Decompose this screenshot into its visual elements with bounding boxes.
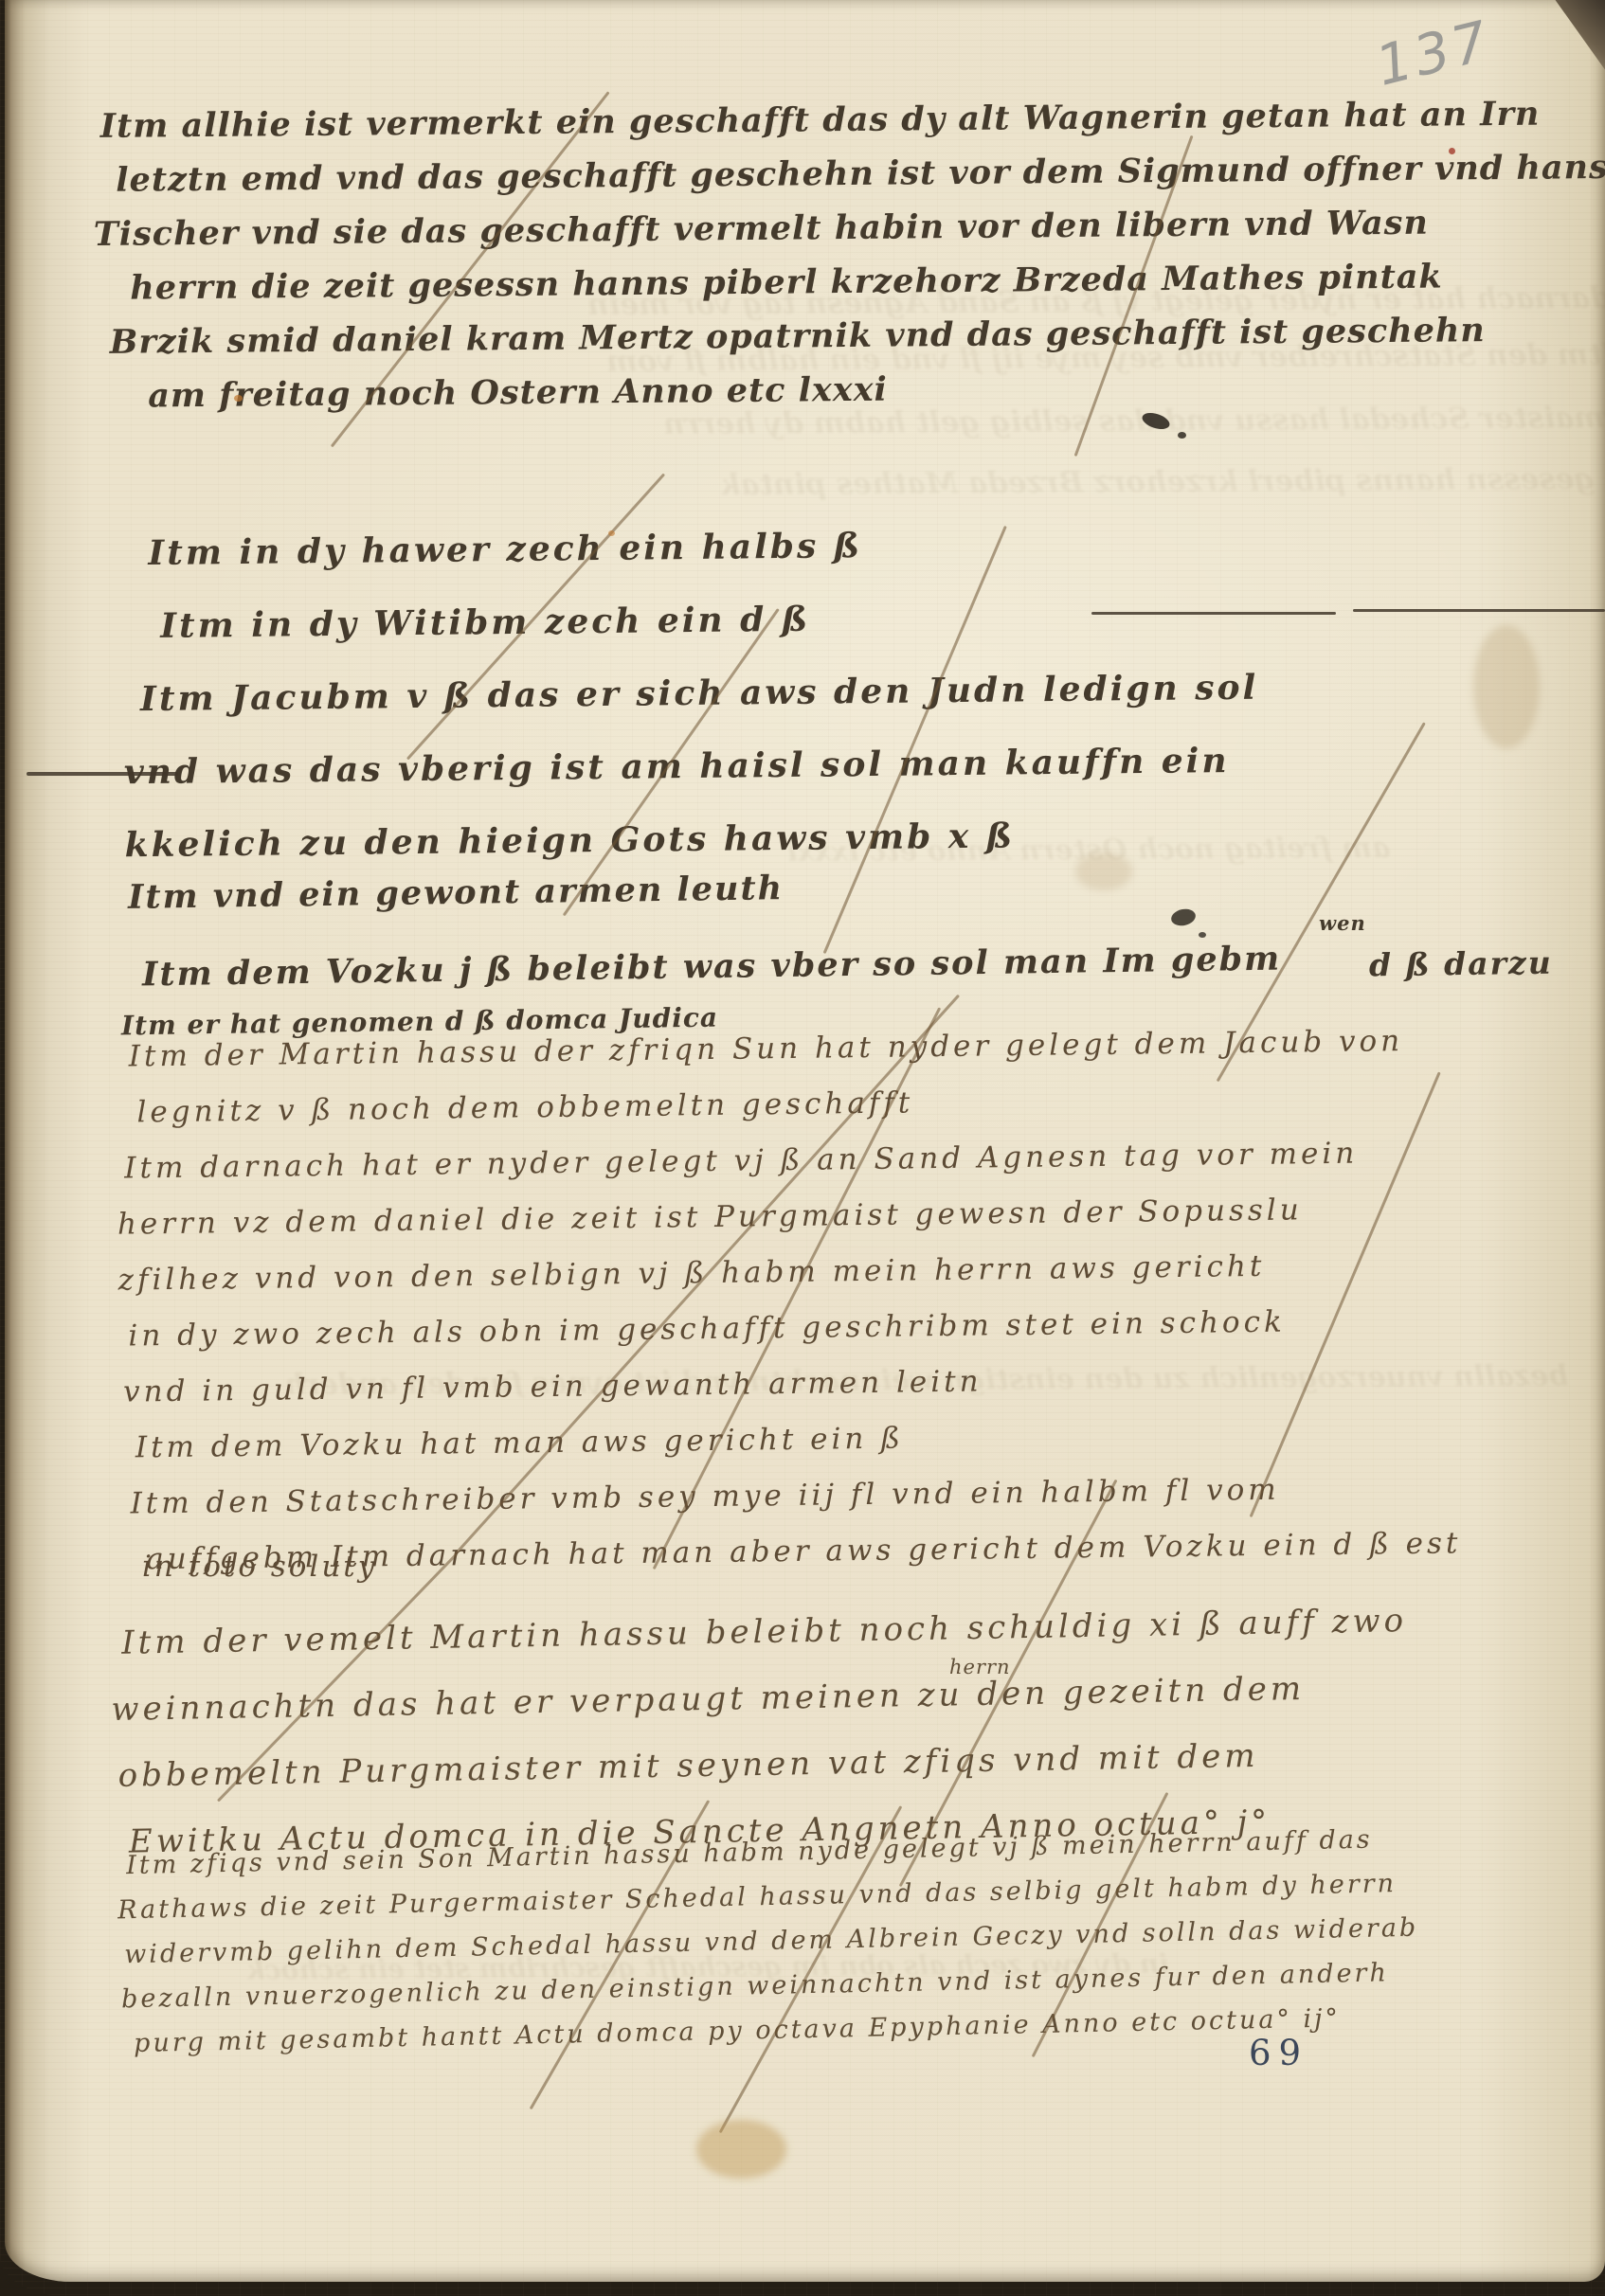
manuscript-line: in toto soluty: [142, 1550, 377, 1584]
manuscript-line: Itm in dy hawer zech ein halbs ß: [148, 506, 1257, 590]
orange-fleck: [234, 395, 243, 402]
entry-rathaws-loan: Itm zfiqs vnd sein Son Martin hassu habm…: [117, 1817, 1421, 2067]
paper-stain: [696, 2120, 786, 2179]
manuscript-line: Itm in dy Witibm zech ein d ß: [160, 579, 1258, 663]
amount-note: d ß darzu: [1369, 944, 1553, 984]
manuscript-scan: Itm darnach hat er nyder gelegt vj ß an …: [0, 0, 1605, 2296]
ink-rule: [1091, 612, 1336, 615]
red-fleck: [1449, 148, 1455, 154]
orange-fleck: [608, 530, 615, 536]
bleedthrough-text: herrn die zeit gesessn hanns piberl krze…: [720, 460, 1605, 502]
ink-blot: [1178, 432, 1186, 439]
ink-rule: [1353, 609, 1605, 612]
margin-dash: [27, 772, 178, 776]
ink-blot: [1199, 932, 1206, 938]
paper-stain: [1473, 625, 1540, 748]
manuscript-line: d ß darzu: [1369, 944, 1553, 984]
paper-stain: [1075, 852, 1132, 890]
entry-wagnerin-heading: Itm allhie ist vermerkt ein geschafft da…: [89, 86, 1605, 423]
closing-formula: in toto soluty: [142, 1550, 377, 1584]
manuscript-line: vnd was das vberig ist am haisl sol man …: [123, 725, 1259, 810]
interlinear-note: herrn: [949, 1656, 1011, 1678]
interlinear-note: wen: [1319, 911, 1366, 935]
legacy-list: Itm in dy hawer zech ein halbs ß Itm in …: [121, 506, 1260, 883]
